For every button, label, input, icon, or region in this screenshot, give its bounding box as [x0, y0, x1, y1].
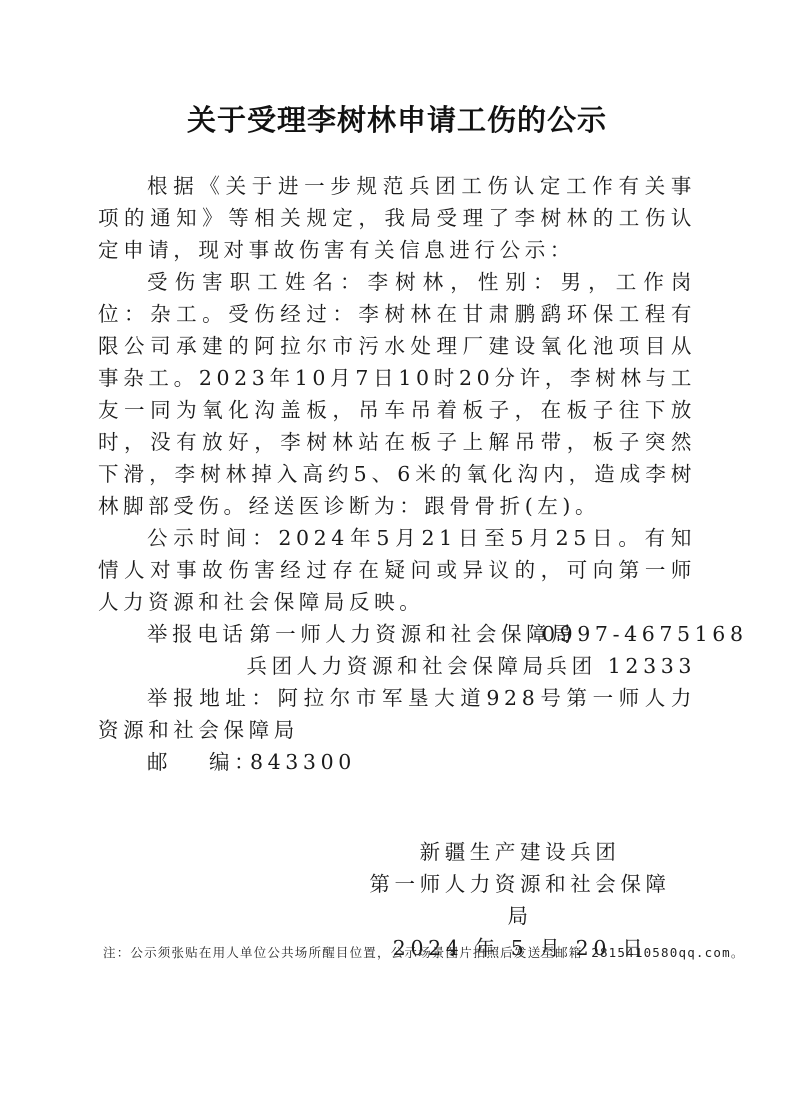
report-phone-row-1: 举报电话： 第一师人力资源和社会保障局 0997-4675168: [98, 618, 696, 650]
spacer: [98, 650, 246, 682]
injury-details-paragraph: 受伤害职工姓名：李树林，性别：男，工作岗位：杂工。受伤经过：李树林在甘肃鹏鹞环保…: [98, 266, 696, 522]
report-phone-org-1: 第一师人力资源和社会保障局: [250, 618, 542, 650]
footnote: 注：公示须张贴在用人单位公共场所醒目位置，公示场景图片拍照后发送至邮箱 2815…: [103, 944, 723, 962]
signature-line-1: 新疆生产建设兵团: [360, 836, 680, 868]
report-phone-number-2: 兵团 12333: [546, 650, 696, 682]
postcode-label: 邮编：: [98, 746, 250, 778]
document-body: 根据《关于进一步规范兵团工伤认定工作有关事项的通知》等相关规定，我局受理了李树林…: [98, 170, 696, 778]
document-title: 关于受理李树林申请工伤的公示: [0, 98, 794, 139]
document-page: 关于受理李树林申请工伤的公示 根据《关于进一步规范兵团工伤认定工作有关事项的通知…: [0, 0, 794, 1108]
report-phone-label: 举报电话：: [98, 618, 250, 650]
report-address-paragraph: 举报地址：阿拉尔市军垦大道928号第一师人力资源和社会保障局: [98, 682, 696, 746]
report-phone-org-2: 兵团人力资源和社会保障局: [246, 650, 546, 682]
report-address-label: 举报地址：: [147, 686, 278, 710]
signature-line-2: 第一师人力资源和社会保障局: [360, 868, 680, 932]
report-phone-number-1: 0997-4675168: [542, 618, 748, 650]
postcode-value: 843300: [250, 746, 356, 778]
intro-paragraph: 根据《关于进一步规范兵团工伤认定工作有关事项的通知》等相关规定，我局受理了李树林…: [98, 170, 696, 266]
report-phone-row-2: 兵团人力资源和社会保障局 兵团 12333: [98, 650, 696, 682]
postcode-label-char1: 邮: [147, 746, 209, 778]
publicity-period-paragraph: 公示时间：2024年5月21日至5月25日。有知情人对事故伤害经过存在疑问或异议…: [98, 522, 696, 618]
postcode-row: 邮编： 843300: [98, 746, 696, 778]
